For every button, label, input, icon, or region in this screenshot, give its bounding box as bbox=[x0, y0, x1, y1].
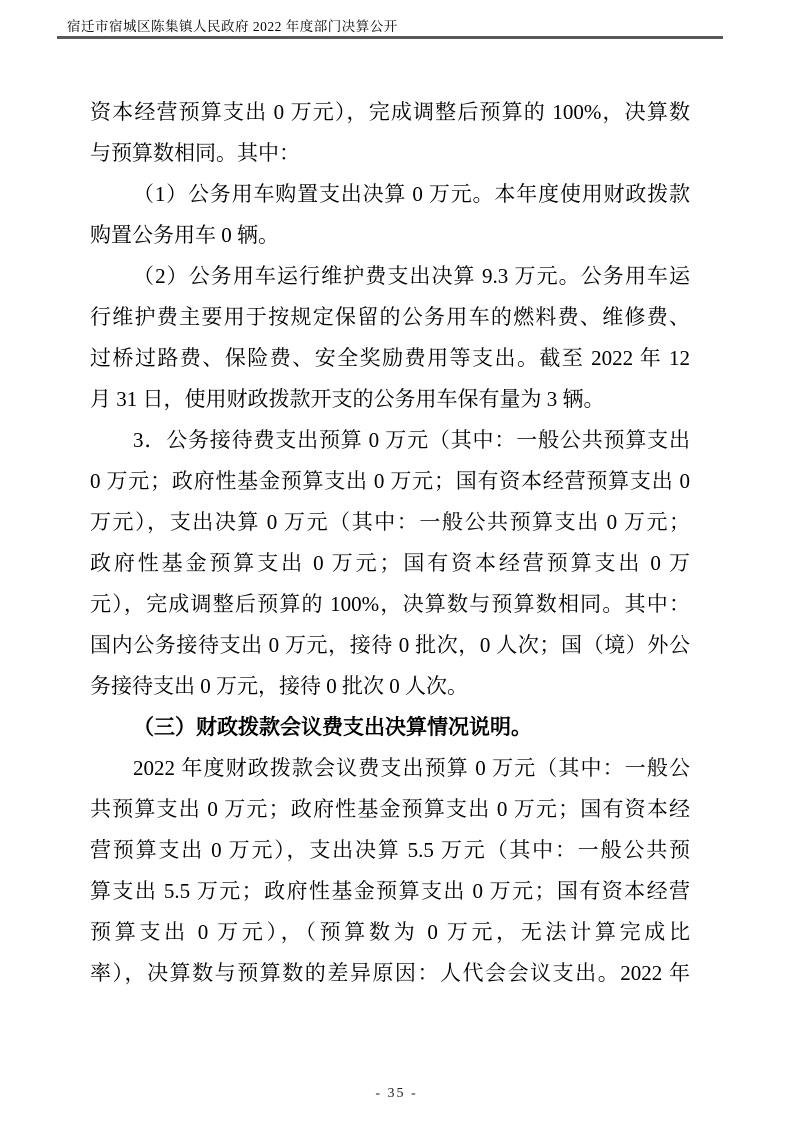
text-line: 算支出 5.5 万元；政府性基金预算支出 0 万元；国有资本经营 bbox=[90, 871, 690, 912]
text-line: 预算支出 0 万元），（预算数为 0 万元，无法计算完成比 bbox=[90, 912, 690, 953]
page-number: - 35 - bbox=[0, 1086, 793, 1102]
text-line: 月 31 日，使用财政拨款开支的公务用车保有量为 3 辆。 bbox=[90, 379, 690, 420]
text-line: 国内公务接待支出 0 万元，接待 0 批次，0 人次；国（境）外公 bbox=[90, 625, 690, 666]
text-line: 0 万元；政府性基金预算支出 0 万元；国有资本经营预算支出 0 bbox=[90, 461, 690, 502]
text-line: 共预算支出 0 万元；政府性基金预算支出 0 万元；国有资本经 bbox=[90, 789, 690, 830]
document-body: 资本经营预算支出 0 万元），完成调整后预算的 100%，决算数 与预算数相同。… bbox=[90, 92, 690, 994]
document-page: 宿迁市宿城区陈集镇人民政府 2022 年度部门决算公开 资本经营预算支出 0 万… bbox=[0, 0, 793, 1122]
header-divider bbox=[57, 36, 723, 39]
text-line: 3．公务接待费支出预算 0 万元（其中：一般公共预算支出 bbox=[90, 420, 690, 461]
text-line: 率），决算数与预算数的差异原因：人代会会议支出。2022 年 bbox=[90, 953, 690, 994]
text-line: 购置公务用车 0 辆。 bbox=[90, 215, 690, 256]
text-line: 资本经营预算支出 0 万元），完成调整后预算的 100%，决算数 bbox=[90, 92, 690, 133]
text-line: 与预算数相同。其中： bbox=[90, 133, 690, 174]
text-line: （1）公务用车购置支出决算 0 万元。本年度使用财政拨款 bbox=[90, 174, 690, 215]
section-heading: （三）财政拨款会议费支出决算情况说明。 bbox=[90, 707, 690, 748]
text-line: 万元），支出决算 0 万元（其中：一般公共预算支出 0 万元； bbox=[90, 502, 690, 543]
text-line: 务接待支出 0 万元，接待 0 批次 0 人次。 bbox=[90, 666, 690, 707]
page-header-title: 宿迁市宿城区陈集镇人民政府 2022 年度部门决算公开 bbox=[67, 15, 398, 35]
text-line: 政府性基金预算支出 0 万元；国有资本经营预算支出 0 万 bbox=[90, 543, 690, 584]
text-line: 元），完成调整后预算的 100%，决算数与预算数相同。其中： bbox=[90, 584, 690, 625]
text-line: 营预算支出 0 万元），支出决算 5.5 万元（其中：一般公共预 bbox=[90, 830, 690, 871]
text-line: 2022 年度财政拨款会议费支出预算 0 万元（其中：一般公 bbox=[90, 748, 690, 789]
text-line: （2）公务用车运行维护费支出决算 9.3 万元。公务用车运 bbox=[90, 256, 690, 297]
text-line: 过桥过路费、保险费、安全奖励费用等支出。截至 2022 年 12 bbox=[90, 338, 690, 379]
text-line: 行维护费主要用于按规定保留的公务用车的燃料费、维修费、 bbox=[90, 297, 690, 338]
